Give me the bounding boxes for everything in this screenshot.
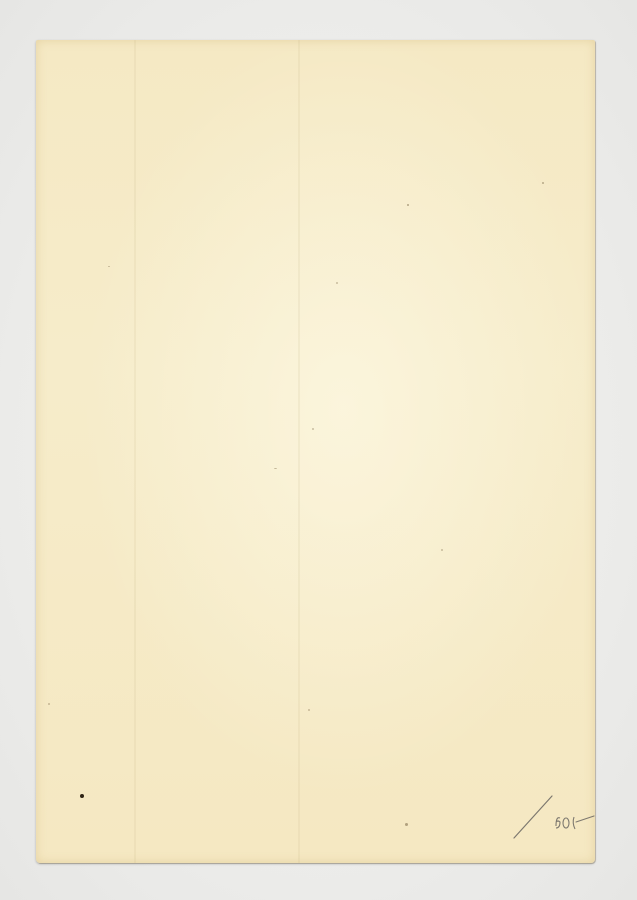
paper-speck xyxy=(274,468,277,469)
paper-speck xyxy=(336,282,338,284)
paper-speck xyxy=(542,182,544,184)
pencil-annotation: 50 xyxy=(512,788,596,842)
fold-line xyxy=(134,40,136,863)
paper-speck xyxy=(108,266,110,267)
fold-line xyxy=(298,40,300,863)
paper-speck xyxy=(441,549,443,551)
paper-speck xyxy=(407,204,409,206)
paper-speck xyxy=(312,428,314,430)
paper-speck xyxy=(48,703,50,705)
paper-speck xyxy=(405,823,408,826)
paper-speck xyxy=(308,709,310,711)
ink-dot xyxy=(80,794,84,798)
paper-sheet: 50 xyxy=(36,40,595,863)
